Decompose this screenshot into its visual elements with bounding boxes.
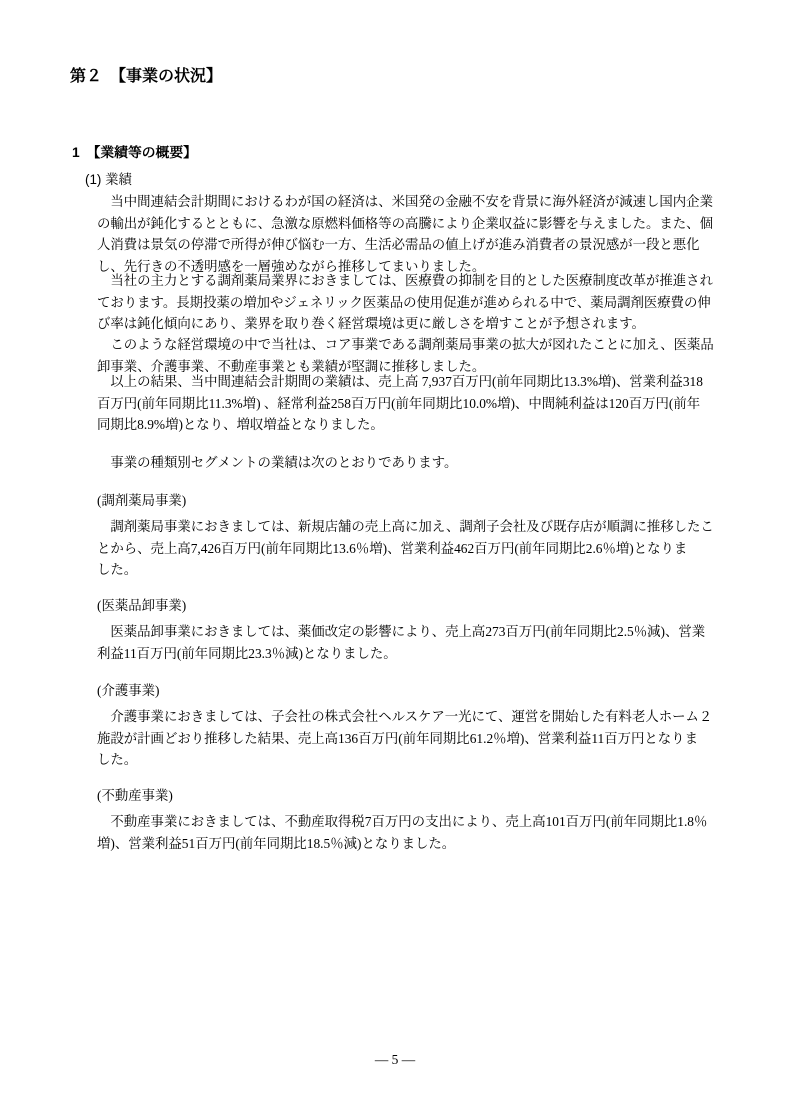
segment-body-nursing-care: 介護事業におきましては、子会社の株式会社ヘルスケア一光にて、運営を開始した有料老… <box>97 706 723 771</box>
segment-body-pharmacy: 調剤薬局事業におきましては、新規店舗の売上高に加え、調剤子会社及び既存店が順調に… <box>97 516 723 581</box>
document-page: 第２ 【事業の状況】 1 【業績等の概要】 (1) 業績 当中間連結会計期間にお… <box>0 0 790 1118</box>
page-number: ― 5 ― <box>0 1050 790 1070</box>
segment-body-real-estate: 不動産事業におきましては、不動産取得税7百万円の支出により、売上高101百万円(… <box>97 811 723 854</box>
chapter-heading: 第２ 【事業の状況】 <box>70 66 222 88</box>
segment-label-nursing-care: (介護事業) <box>97 680 723 702</box>
segment-body-drug-wholesale: 医薬品卸事業におきましては、薬価改定の影響により、売上高273百万円(前年同期比… <box>97 621 723 664</box>
segment-label-drug-wholesale: (医薬品卸事業) <box>97 595 723 617</box>
paragraph-consolidated-results: 以上の結果、当中間連結会計期間の業績は、売上高 7,937百万円(前年同期比13… <box>97 371 723 436</box>
segment-intro: 事業の種類別セグメントの業績は次のとおりであります。 <box>97 452 723 474</box>
subsection-heading: (1) 業績 <box>85 170 132 190</box>
segment-label-real-estate: (不動産事業) <box>97 785 723 807</box>
paragraph-economic-overview: 当中間連結会計期間におけるわが国の経済は、米国発の金融不安を背景に海外経済が減速… <box>97 191 723 277</box>
segment-label-pharmacy: (調剤薬局事業) <box>97 490 723 512</box>
section-heading: 1 【業績等の概要】 <box>72 143 197 163</box>
paragraph-industry-environment: 当社の主力とする調剤薬局業界におきましては、医療費の抑制を目的とした医療制度改革… <box>97 270 723 335</box>
